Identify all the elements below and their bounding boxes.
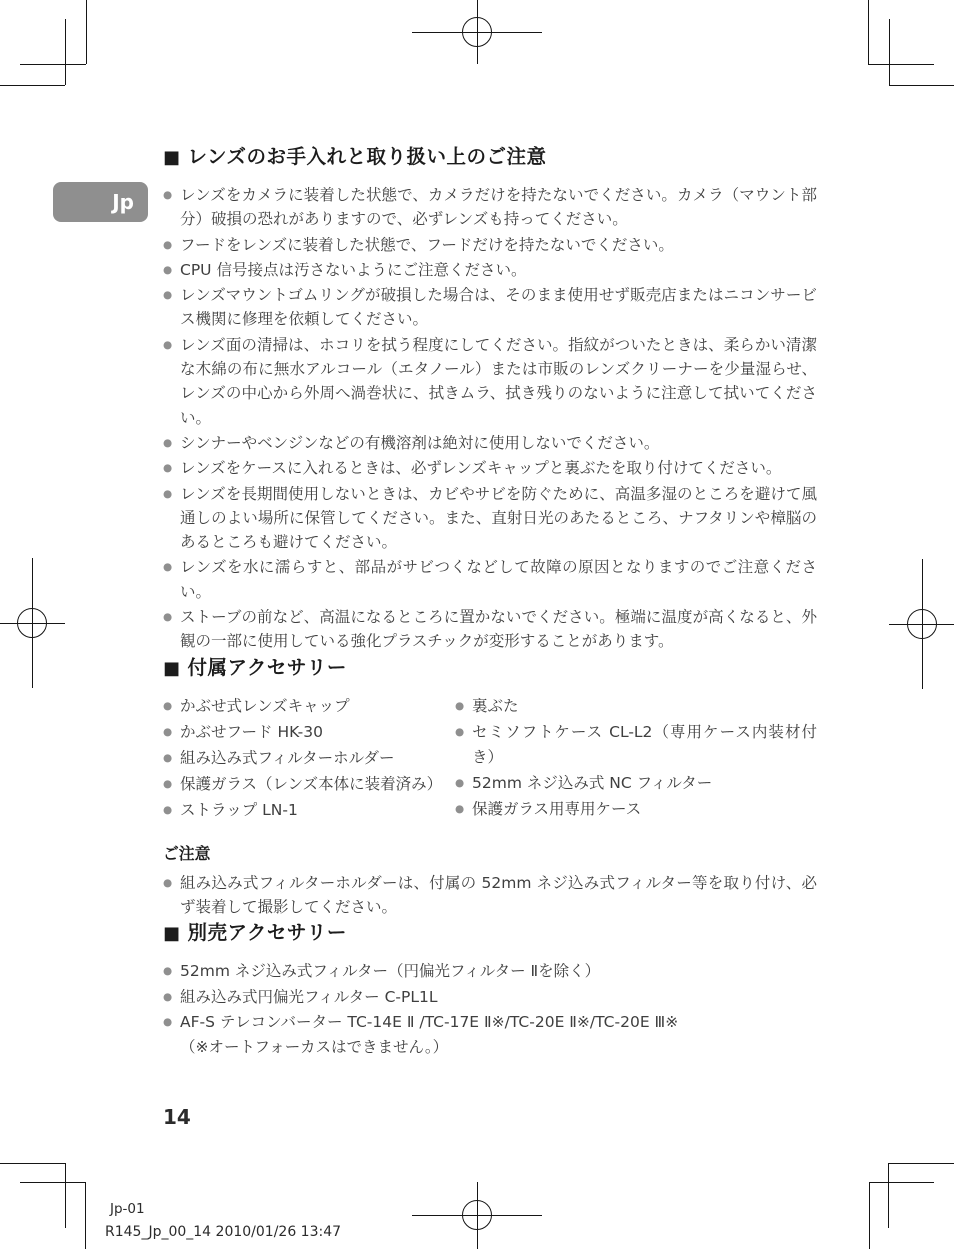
bullet-icon: ● <box>455 694 472 719</box>
bullet-icon: ● <box>163 233 180 257</box>
heading-marker-icon: ■ <box>163 658 181 679</box>
crop-mark-top-left <box>0 85 65 86</box>
crop-mark-bottom-left <box>85 1182 86 1249</box>
accessory-name: かぶせ式レンズキャップ <box>180 694 455 719</box>
list-item: ●レンズを長期間使用しないときは、カビやサビを防ぐために、高温多湿のところを避け… <box>163 482 817 555</box>
heading-marker-icon: ■ <box>163 923 181 944</box>
bullet-icon: ● <box>163 482 180 555</box>
accessory-name: 52mm ネジ込み式 NC フィルター <box>472 771 817 796</box>
section-title-text: レンズのお手入れと取り扱い上のご注意 <box>188 145 547 168</box>
bullet-icon: ● <box>163 720 180 745</box>
bullet-text: レンズをカメラに装着した状態で、カメラだけを持たないでください。カメラ（マウント… <box>180 183 817 232</box>
bullet-icon: ● <box>455 720 472 770</box>
list-item: ●AF-S テレコンバーター TC-14E Ⅱ /TC-17E Ⅱ※/TC-20… <box>163 1010 817 1034</box>
bullet-text: シンナーやベンジンなどの有機溶剤は絶対に使用しないでください。 <box>180 431 817 455</box>
bullet-icon: ● <box>163 605 180 654</box>
optional-accessories-list: ●52mm ネジ込み式フィルター（円偏光フィルター Ⅱを除く） ●組み込み式円偏… <box>163 959 817 1059</box>
bullet-text: レンズ面の清掃は、ホコリを拭う程度にしてください。指紋がついたときは、柔らかい清… <box>180 333 817 430</box>
bullet-icon: ● <box>163 746 180 771</box>
accessory-name: ストラップ LN-1 <box>180 798 455 823</box>
crop-mark-bottom-left <box>20 1182 86 1183</box>
section-title-text: 別売アクセサリー <box>188 921 347 944</box>
bullet-icon: ● <box>163 1010 180 1034</box>
bullet-icon: ● <box>163 431 180 455</box>
accessory-name: かぶせフード HK-30 <box>180 720 455 745</box>
crop-mark-bottom-left <box>65 1163 66 1228</box>
footnote-text: （※オートフォーカスはできません。） <box>180 1035 817 1059</box>
bullet-text: レンズを水に濡らすと、部品がサビつくなどして故障の原因となりますのでご注意くださ… <box>180 555 817 604</box>
section-title-supplied-accessories: ■付属アクセサリー <box>163 655 817 682</box>
supplied-accessories-right-column: ●裏ぶた ●セミソフトケース CL-L2（専用ケース内装材付き） ●52mm ネ… <box>455 694 817 825</box>
bullet-text: レンズを長期間使用しないときは、カビやサビを防ぐために、高温多湿のところを避けて… <box>180 482 817 555</box>
note-title: ご注意 <box>163 842 817 866</box>
list-item: ●レンズをケースに入れるときは、必ずレンズキャップと裏ぶたを取り付けてください。 <box>163 456 817 480</box>
crop-mark-top-right <box>868 0 869 64</box>
supplied-accessories-columns: ●かぶせ式レンズキャップ ●かぶせフード HK-30 ●組み込み式フィルターホル… <box>163 694 817 825</box>
list-item: ●保護ガラス用専用ケース <box>455 797 817 822</box>
accessory-name: セミソフトケース CL-L2（専用ケース内装材付き） <box>472 720 817 770</box>
crop-mark-top-right <box>889 19 890 85</box>
list-item: ●シンナーやベンジンなどの有機溶剤は絶対に使用しないでください。 <box>163 431 817 455</box>
accessory-name: 52mm ネジ込み式フィルター（円偏光フィルター Ⅱを除く） <box>180 959 817 983</box>
list-item: ●組み込み式円偏光フィルター C-PL1L <box>163 985 817 1009</box>
bullet-text: 組み込み式フィルターホルダーは、付属の 52mm ネジ込み式フィルター等を取り付… <box>180 871 817 920</box>
list-item: ●CPU 信号接点は汚さないようにご注意ください。 <box>163 258 817 282</box>
bullet-icon: ● <box>163 985 180 1009</box>
list-item: ●裏ぶた <box>455 694 817 719</box>
list-item: ●フードをレンズに装着した状態で、フードだけを持たないでください。 <box>163 233 817 257</box>
list-item: ●ストーブの前など、高温になるところに置かないでください。極端に温度が高くなると… <box>163 605 817 654</box>
crop-mark-bottom-right <box>888 1163 954 1164</box>
bullet-icon: ● <box>163 333 180 430</box>
crop-mark-bottom-right <box>888 1163 889 1228</box>
crop-mark-top-right <box>868 64 934 65</box>
supplied-accessories-left-column: ●かぶせ式レンズキャップ ●かぶせフード HK-30 ●組み込み式フィルターホル… <box>163 694 455 825</box>
registration-mark-left-middle <box>17 608 47 638</box>
bullet-icon: ● <box>163 183 180 232</box>
list-item: ●かぶせ式レンズキャップ <box>163 694 455 719</box>
crop-mark-top-left <box>20 64 86 65</box>
bullet-icon: ● <box>163 871 180 920</box>
bullet-text: ストーブの前など、高温になるところに置かないでください。極端に温度が高くなると、… <box>180 605 817 654</box>
accessory-name: 組み込み式円偏光フィルター C-PL1L <box>180 985 817 1009</box>
accessory-name: AF-S テレコンバーター TC-14E Ⅱ /TC-17E Ⅱ※/TC-20E… <box>180 1010 817 1034</box>
crop-mark-top-left <box>65 19 66 85</box>
bullet-icon: ● <box>163 283 180 332</box>
footer-file-timestamp: R145_Jp_00_14 2010/01/26 13:47 <box>105 1221 341 1244</box>
bullet-icon: ● <box>163 772 180 797</box>
list-item: ●52mm ネジ込み式フィルター（円偏光フィルター Ⅱを除く） <box>163 959 817 983</box>
registration-mark-right-middle <box>907 609 937 639</box>
accessory-name: 裏ぶた <box>472 694 817 719</box>
list-item: ●組み込み式フィルターホルダー <box>163 746 455 771</box>
crop-mark-bottom-left <box>0 1163 65 1164</box>
bullet-icon: ● <box>455 771 472 796</box>
note-bullet-list: ●組み込み式フィルターホルダーは、付属の 52mm ネジ込み式フィルター等を取り… <box>163 871 817 920</box>
crop-mark-top-left <box>86 0 87 64</box>
bullet-icon: ● <box>163 456 180 480</box>
registration-mark-top-center <box>462 17 492 47</box>
section-title-text: 付属アクセサリー <box>188 656 347 679</box>
list-item: ●レンズ面の清掃は、ホコリを拭う程度にしてください。指紋がついたときは、柔らかい… <box>163 333 817 430</box>
list-item: ●レンズをカメラに装着した状態で、カメラだけを持たないでください。カメラ（マウン… <box>163 183 817 232</box>
language-tab-jp: Jp <box>53 182 148 222</box>
list-item: ●保護ガラス（レンズ本体に装着済み） <box>163 772 455 797</box>
manual-page: Jp ■レンズのお手入れと取り扱い上のご注意 ●レンズをカメラに装着した状態で、… <box>0 0 954 1249</box>
list-item: ●ストラップ LN-1 <box>163 798 455 823</box>
page-number: 14 <box>163 1105 191 1129</box>
bullet-icon: ● <box>163 959 180 983</box>
list-item: ●52mm ネジ込み式 NC フィルター <box>455 771 817 796</box>
bullet-icon: ● <box>455 797 472 822</box>
section-title-care: ■レンズのお手入れと取り扱い上のご注意 <box>163 144 817 171</box>
footer-job-id: Jp-01 <box>105 1198 341 1221</box>
footer-slug: Jp-01 R145_Jp_00_14 2010/01/26 13:47 <box>105 1198 341 1244</box>
crop-mark-top-right <box>889 85 954 86</box>
list-item: ●レンズを水に濡らすと、部品がサビつくなどして故障の原因となりますのでご注意くだ… <box>163 555 817 604</box>
crop-mark-bottom-right <box>869 1182 870 1249</box>
heading-marker-icon: ■ <box>163 147 181 168</box>
bullet-text: レンズをケースに入れるときは、必ずレンズキャップと裏ぶたを取り付けてください。 <box>180 456 817 480</box>
bullet-icon: ● <box>163 694 180 719</box>
bullet-icon: ● <box>163 258 180 282</box>
bullet-icon: ● <box>163 798 180 823</box>
accessory-name: 保護ガラス用専用ケース <box>472 797 817 822</box>
accessory-name: 組み込み式フィルターホルダー <box>180 746 455 771</box>
accessory-name: 保護ガラス（レンズ本体に装着済み） <box>180 772 455 797</box>
list-item: ●セミソフトケース CL-L2（専用ケース内装材付き） <box>455 720 817 770</box>
list-item: ●かぶせフード HK-30 <box>163 720 455 745</box>
bullet-icon: ● <box>163 555 180 604</box>
crop-mark-bottom-right <box>869 1182 934 1183</box>
bullet-text: レンズマウントゴムリングが破損した場合は、そのまま使用せず販売店またはニコンサー… <box>180 283 817 332</box>
section-title-optional-accessories: ■別売アクセサリー <box>163 920 817 947</box>
list-item: ●組み込み式フィルターホルダーは、付属の 52mm ネジ込み式フィルター等を取り… <box>163 871 817 920</box>
registration-mark-bottom-center <box>462 1200 492 1230</box>
list-item-continuation: ●（※オートフォーカスはできません。） <box>163 1035 817 1059</box>
bullet-text: フードをレンズに装着した状態で、フードだけを持たないでください。 <box>180 233 817 257</box>
list-item: ●レンズマウントゴムリングが破損した場合は、そのまま使用せず販売店またはニコンサ… <box>163 283 817 332</box>
care-bullet-list: ●レンズをカメラに装着した状態で、カメラだけを持たないでください。カメラ（マウン… <box>163 183 817 654</box>
bullet-text: CPU 信号接点は汚さないようにご注意ください。 <box>180 258 817 282</box>
page-content: ■レンズのお手入れと取り扱い上のご注意 ●レンズをカメラに装着した状態で、カメラ… <box>163 144 817 1060</box>
